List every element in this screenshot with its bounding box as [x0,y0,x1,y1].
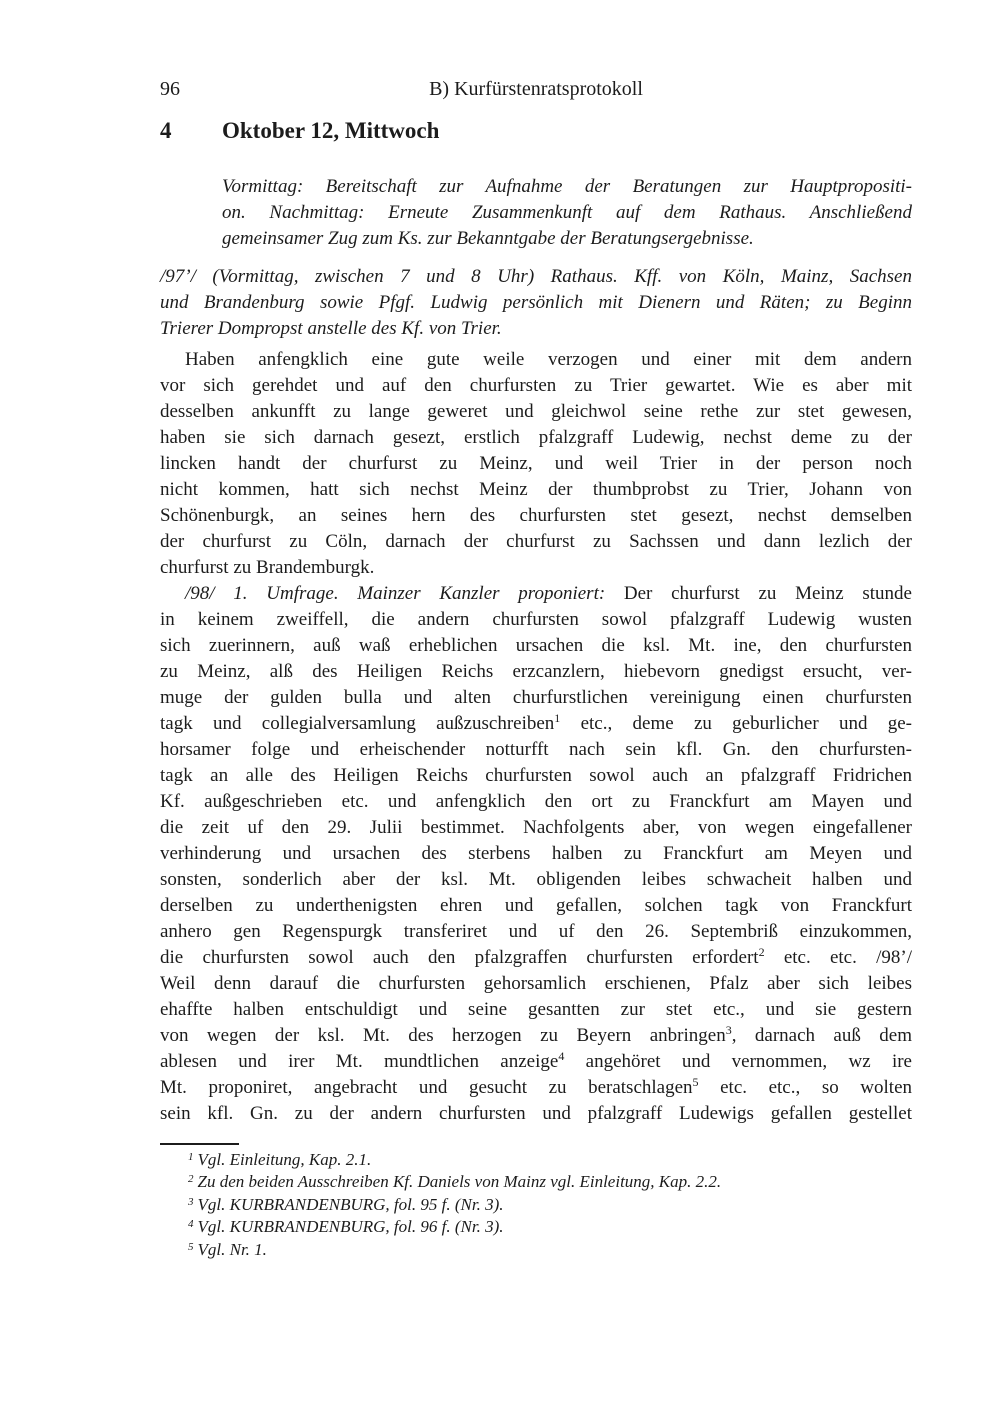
footnote-marker: 5 [188,1241,194,1253]
running-title: B) Kurfürstenratsprotokoll [160,78,912,100]
text-segment: on. Nachmittag: Erneute Zusammenkunft au… [222,202,912,223]
text-segment: Schönenburgk, an seines hern des churfur… [160,505,912,526]
text-segment: lincken handt der churfurst zu Meinz, un… [160,453,912,474]
text-segment: Trierer Dompropst anstelle des Kf. von T… [160,318,502,339]
text-segment: Weil denn darauf die churfursten gehorsa… [160,973,912,994]
text-segment: etc. etc. /98’/ [765,947,912,968]
text-segment: zu Meinz, alß des Heiligen Reichs erzcan… [160,661,912,682]
text-segment: haben sie sich darnach gesezt, erstlich … [160,427,912,448]
paragraph-umfrage: /98/ 1. Umfrage. Mainzer Kanzler proponi… [160,581,912,1127]
text-segment: Haben anfengklich eine gute weile verzog… [185,349,912,370]
text-segment: in keinem zweiffell, die andern churfurs… [160,609,912,630]
text-line: Kf. außgeschrieben etc. und anfengklich … [160,789,912,815]
text-line: ablesen und irer Mt. mundtlichen anzeige… [160,1049,912,1075]
text-line: horsamer folge und erheischender notturf… [160,737,912,763]
text-segment: die zeit uf den 29. Julii bestimmet. Nac… [160,817,912,838]
entry-number: 4 [160,118,172,144]
footnote-reference: 1 [554,711,560,725]
text-segment: tagk an alle des Heiligen Reichs churfur… [160,765,912,786]
text-line: /98/ 1. Umfrage. Mainzer Kanzler proponi… [160,581,912,607]
text-line: tagk und collegialversamlung außzuschrei… [160,711,912,737]
text-segment: etc. etc., so wolten [699,1077,912,1098]
text-segment: tagk und collegialversamlung außzuschrei… [160,713,554,734]
text-segment: derselben zu underthenigsten ehren und g… [160,895,912,916]
text-line: sonsten, sonderlich aber der ksl. Mt. ob… [160,867,912,893]
text-line: churfurst zu Brandemburgk. [160,555,912,581]
footnote-reference: 4 [558,1049,564,1063]
text-line: on. Nachmittag: Erneute Zusammenkunft au… [222,200,912,226]
footnote-text: Vgl. Nr. 1. [198,1240,267,1259]
footnote-marker: 2 [188,1173,194,1185]
text-segment: sein kfl. Gn. zu der andern churfursten … [160,1103,912,1124]
footnote-item: 1Vgl. Einleitung, Kap. 2.1. [160,1149,912,1171]
book-page: 96 B) Kurfürstenratsprotokoll 4 Oktober … [0,0,1004,1418]
text-line: ehaffte halben entschuldigt und seine ge… [160,997,912,1023]
text-segment: angehöret und vernommen, wz ire [564,1051,912,1072]
text-segment: desselben ankunfft zu lange geweret und … [160,401,912,422]
running-head: 96 B) Kurfürstenratsprotokoll [160,78,912,102]
text-segment: /97’/ (Vormittag, zwischen 7 und 8 Uhr) … [160,266,912,287]
text-line: die zeit uf den 29. Julii bestimmet. Nac… [160,815,912,841]
footnote-separator [160,1143,239,1145]
footnote-text: Vgl. Einleitung, Kap. 2.1. [198,1150,372,1169]
text-segment: von wegen der ksl. Mt. des herzogen zu B… [160,1025,726,1046]
text-line: Mt. proponiret, angebracht und gesucht z… [160,1075,912,1101]
text-line: lincken handt der churfurst zu Meinz, un… [160,451,912,477]
footnote-reference: 2 [759,945,765,959]
text-segment: ablesen und irer Mt. mundtlichen anzeige [160,1051,558,1072]
text-line: Haben anfengklich eine gute weile verzog… [160,347,912,373]
text-segment: vor sich gerehdet und auf den churfurste… [160,375,912,396]
paragraph-seating: Haben anfengklich eine gute weile verzog… [160,347,912,581]
footnote-item: 4Vgl. KURBRANDENBURG, fol. 96 f. (Nr. 3)… [160,1216,912,1238]
text-segment: nicht kommen, hatt sich nechst Meinz der… [160,479,912,500]
paragraph-session: /97’/ (Vormittag, zwischen 7 und 8 Uhr) … [160,264,912,342]
text-segment: die churfursten sowol auch den pfalzgraf… [160,947,759,968]
text-segment: gemeinsamer Zug zum Ks. zur Bekanntgabe … [222,228,754,249]
entry-heading: 4 Oktober 12, Mittwoch [160,118,912,144]
text-segment: ehaffte halben entschuldigt und seine ge… [160,999,912,1020]
text-line: in keinem zweiffell, die andern churfurs… [160,607,912,633]
text-line: Trierer Dompropst anstelle des Kf. von T… [160,316,912,342]
text-line: desselben ankunfft zu lange geweret und … [160,399,912,425]
text-segment: verhinderung und ursachen des sterbens h… [160,843,912,864]
text-line: von wegen der ksl. Mt. des herzogen zu B… [160,1023,912,1049]
paragraph-summary: Vormittag: Bereitschaft zur Aufnahme der… [222,174,912,252]
footnote-text: Vgl. KURBRANDENBURG, fol. 95 f. (Nr. 3). [198,1195,504,1214]
text-line: sich zuerinnern, auß waß erheblichen urs… [160,633,912,659]
text-segment: sonsten, sonderlich aber der ksl. Mt. ob… [160,869,912,890]
text-line: /97’/ (Vormittag, zwischen 7 und 8 Uhr) … [160,264,912,290]
text-line: anhero gen Regenspurgk transferiret und … [160,919,912,945]
text-line: Vormittag: Bereitschaft zur Aufnahme der… [222,174,912,200]
text-line: Schönenburgk, an seines hern des churfur… [160,503,912,529]
footnotes-block: 1Vgl. Einleitung, Kap. 2.1.2Zu den beide… [160,1149,912,1261]
footnote-text: Zu den beiden Ausschreiben Kf. Daniels v… [198,1172,722,1191]
text-line: tagk an alle des Heiligen Reichs churfur… [160,763,912,789]
text-line: der churfurst zu Cöln, darnach der churf… [160,529,912,555]
text-line: zu Meinz, alß des Heiligen Reichs erzcan… [160,659,912,685]
text-line: muge der gulden bulla und alten churfurs… [160,685,912,711]
text-line: vor sich gerehdet und auf den churfurste… [160,373,912,399]
footnote-marker: 3 [188,1196,194,1208]
text-segment: horsamer folge und erheischender notturf… [160,739,912,760]
text-segment: Der churfurst zu Meinz stunde [605,583,912,604]
footnote-marker: 4 [188,1218,194,1230]
footnote-item: 3Vgl. KURBRANDENBURG, fol. 95 f. (Nr. 3)… [160,1194,912,1216]
text-segment: Vormittag: Bereitschaft zur Aufnahme der… [222,176,912,197]
text-segment: sich zuerinnern, auß waß erheblichen urs… [160,635,912,656]
text-segment: Mt. proponiret, angebracht und gesucht z… [160,1077,693,1098]
text-segment: muge der gulden bulla und alten churfurs… [160,687,912,708]
text-line: Weil denn darauf die churfursten gehorsa… [160,971,912,997]
text-line: verhinderung und ursachen des sterbens h… [160,841,912,867]
footnote-item: 2Zu den beiden Ausschreiben Kf. Daniels … [160,1171,912,1193]
text-line: derselben zu underthenigsten ehren und g… [160,893,912,919]
text-line: nicht kommen, hatt sich nechst Meinz der… [160,477,912,503]
footnote-marker: 1 [188,1151,194,1163]
text-segment: Kf. außgeschrieben etc. und anfengklich … [160,791,912,812]
text-line: gemeinsamer Zug zum Ks. zur Bekanntgabe … [222,226,912,252]
text-segment: churfurst zu Brandemburgk. [160,557,374,578]
text-segment: , darnach auß dem [732,1025,912,1046]
text-segment: anhero gen Regenspurgk transferiret und … [160,921,912,942]
text-line: sein kfl. Gn. zu der andern churfursten … [160,1101,912,1127]
page-number: 96 [160,78,180,100]
text-segment: /98/ 1. Umfrage. Mainzer Kanzler proponi… [185,583,605,604]
footnote-reference: 5 [693,1075,699,1089]
text-line: die churfursten sowol auch den pfalzgraf… [160,945,912,971]
text-line: haben sie sich darnach gesezt, erstlich … [160,425,912,451]
text-line: und Brandenburg sowie Pfgf. Ludwig persö… [160,290,912,316]
text-segment: der churfurst zu Cöln, darnach der churf… [160,531,912,552]
body-text: Vormittag: Bereitschaft zur Aufnahme der… [160,174,912,1127]
footnote-item: 5Vgl. Nr. 1. [160,1239,912,1261]
text-segment: etc., deme zu geburlicher und ge- [560,713,912,734]
text-segment: und Brandenburg sowie Pfgf. Ludwig persö… [160,292,912,313]
footnote-text: Vgl. KURBRANDENBURG, fol. 96 f. (Nr. 3). [198,1217,504,1236]
footnote-reference: 3 [726,1023,732,1037]
entry-title: Oktober 12, Mittwoch [222,118,439,143]
